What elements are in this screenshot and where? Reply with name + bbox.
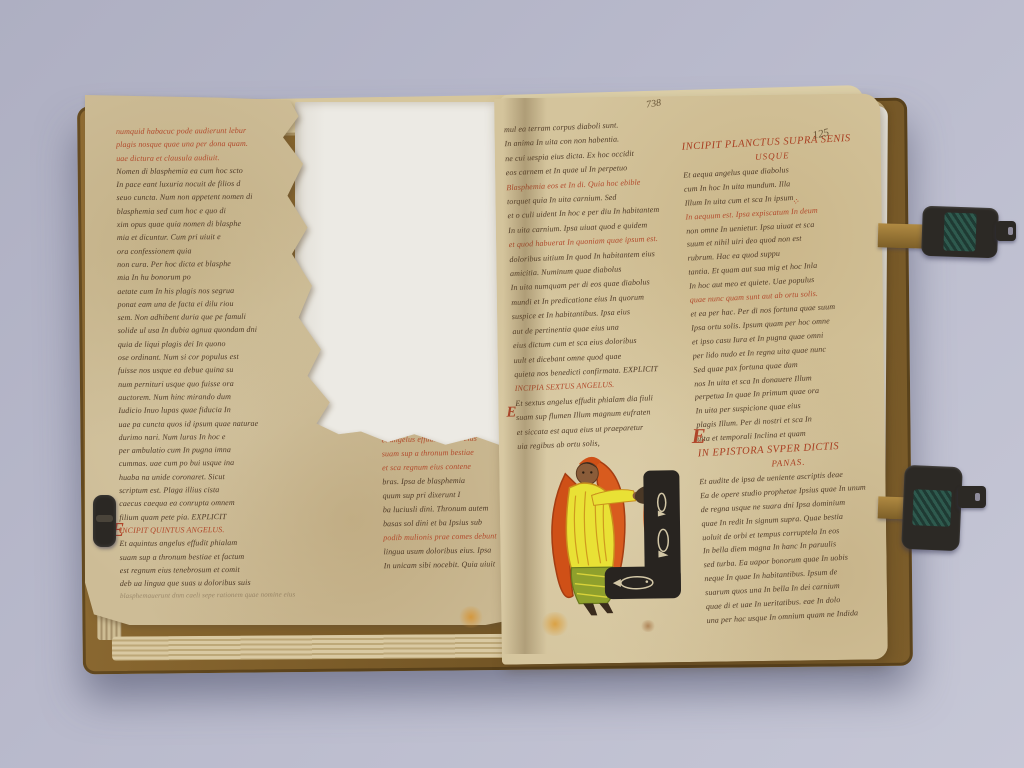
clasp-catch-left	[93, 495, 116, 547]
manuscript-text-line: sem. Non adhibent duria que pe famuli	[118, 309, 350, 324]
manuscript-text-line: aetate cum In his plagis nos segrua	[117, 283, 349, 298]
angel-miniature	[535, 444, 713, 622]
manuscript-text-line: mia In hu bonorum po	[117, 269, 349, 284]
right-page: mul ea terram corpus diaboli sunt.In ani…	[494, 93, 888, 664]
metal-clasp-bottom	[901, 465, 963, 551]
clasp-inlay-pattern	[912, 489, 952, 527]
left-page: numquid habacuc pode audierunt leburplag…	[85, 95, 530, 625]
manuscript-text-line: blasphemia sed cum hoc e quo di	[117, 203, 349, 218]
clasp-tab-hole	[1008, 227, 1013, 235]
gutter-shadow	[503, 98, 547, 654]
clasp-tab-hole	[975, 493, 980, 501]
manuscript-text-line: ora confessionem quia	[117, 243, 349, 258]
manuscript-text-line: mia et dicuntur. Cum pri uiuit e	[117, 229, 349, 244]
angel-head	[576, 462, 598, 484]
angel-feet	[583, 603, 613, 615]
left-text-column-1: numquid habacuc pode audierunt leburplag…	[116, 123, 352, 611]
orange-stain	[540, 612, 570, 636]
manuscript-text-line: uae dictura et clausula audiuit.	[116, 150, 348, 165]
manuscript-text-line: solide ul usa In dubia agnua quondam dni	[118, 322, 350, 337]
clasp-inlay-pattern	[943, 212, 976, 251]
manuscript-text-line: In pace eant luxuria nocuit de filios d	[116, 176, 348, 191]
manuscript-text-line: xim opus quae quia nomen di blasphe	[117, 216, 349, 231]
clasp-tab-top	[996, 221, 1016, 241]
manuscript-text-line: numquid habacuc pode audierunt lebur	[116, 123, 348, 138]
manuscript-text-line: ose ordinant. Num si cor populus est	[118, 349, 350, 364]
red-margin-mark: ⁘	[791, 196, 799, 207]
manuscript-text-line: ponat eam una de facta ei dilu riou	[117, 296, 349, 311]
folio-number-738: 738	[645, 97, 662, 110]
left-page-wrap: numquid habacuc pode audierunt leburplag…	[85, 95, 530, 625]
orange-stain	[458, 606, 484, 628]
manuscript-text-line: Nomen di blasphemia ea cum hoc scto	[116, 163, 348, 178]
manuscript-photo: numquid habacuc pode audierunt leburplag…	[0, 0, 1024, 768]
clasp-tab-bottom	[958, 486, 986, 508]
brown-stain	[640, 620, 656, 632]
manuscript-text-line: fuisse nos usque ea debue quina su	[118, 362, 350, 377]
manuscript-text-line: blasphemauerunt dnm caeli sepe rationem …	[120, 588, 352, 603]
metal-clasp-top	[921, 206, 999, 259]
manuscript-text-line: plagis nosque quae una per dona quam.	[116, 136, 348, 151]
manuscript-text-line: seuo cuncta. Num non appetent nomen di	[116, 189, 348, 204]
manuscript-text-line: non cura. Per hoc dicta et blasphe	[117, 256, 349, 271]
